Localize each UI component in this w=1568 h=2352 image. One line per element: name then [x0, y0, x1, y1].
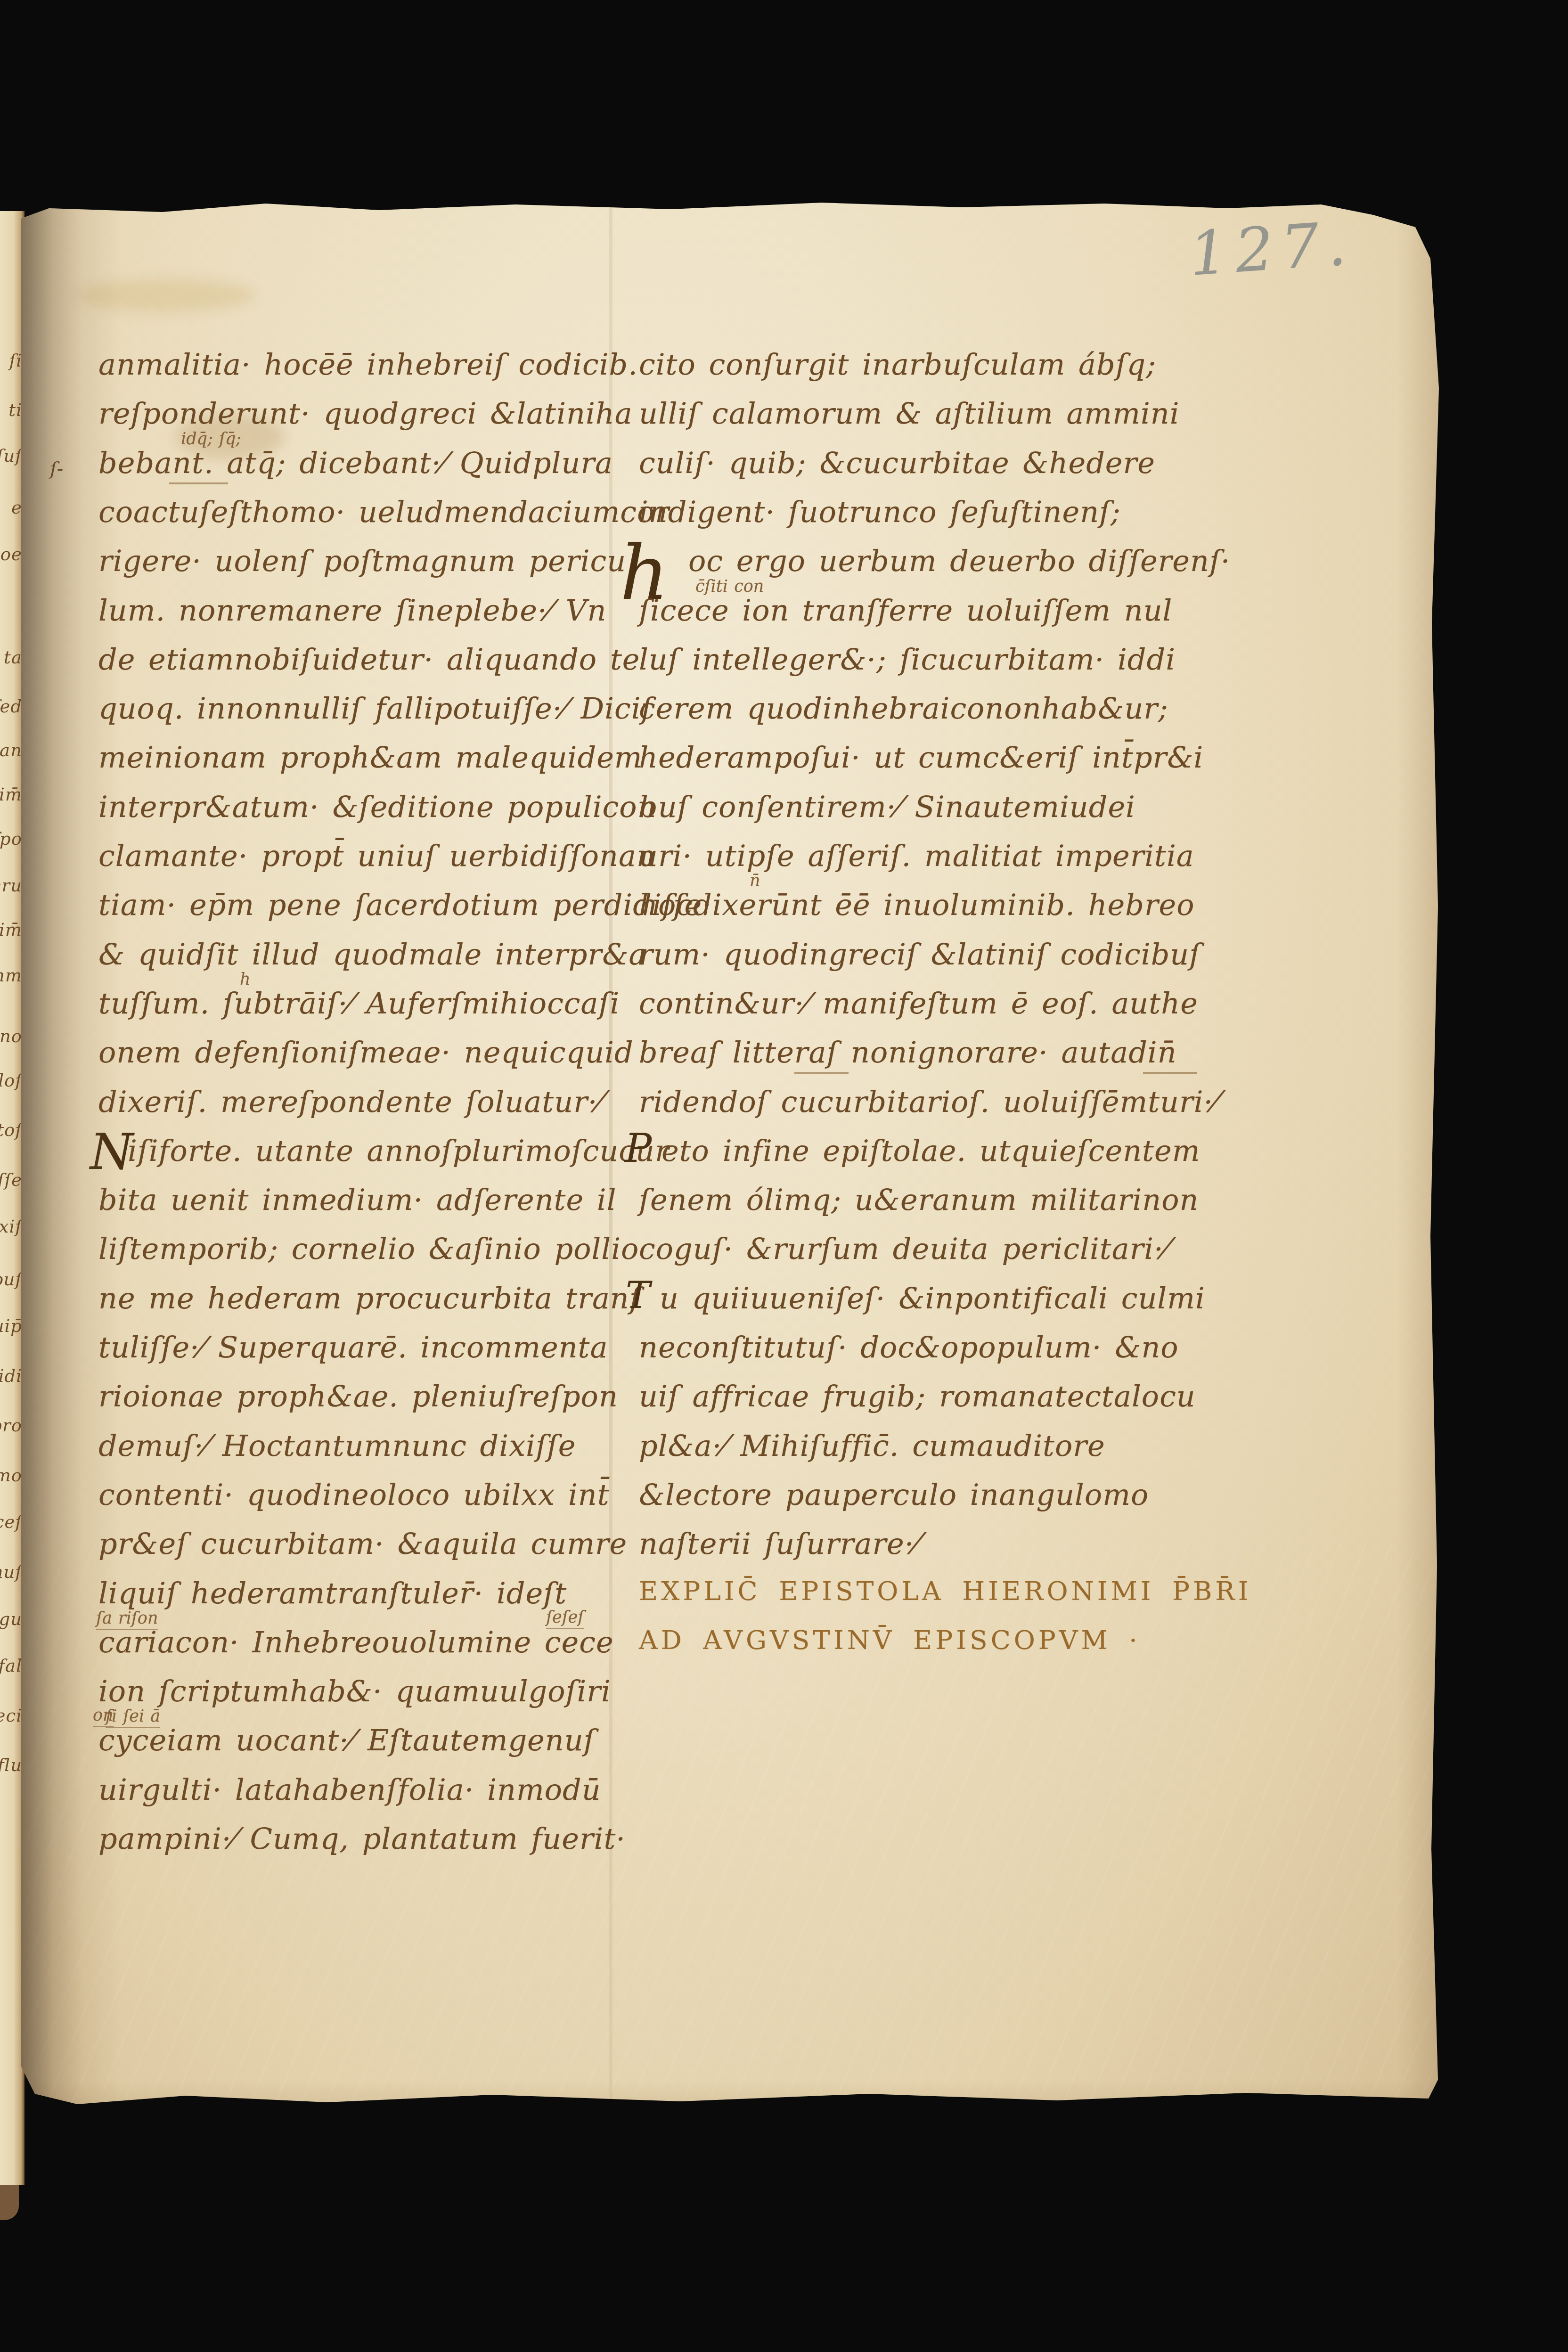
text-line: breaſ litteraſ nonignorare· autadin̄ [639, 1035, 1177, 1084]
margin-fragment: ta [4, 647, 22, 668]
text-line: culiſ· quib; &cucurbitae &hedere [639, 446, 1155, 495]
margin-fragment: ſi [9, 351, 22, 371]
text-line: cerem quodinhebraicononhab&ur; [639, 691, 1168, 740]
line-text: bebant. atq̄; dicebant·⁄ Quidplura [98, 446, 613, 480]
text-line: contin&ur·⁄ manifeſtum ē eoſ. authe [639, 986, 1198, 1035]
line-text: uirgulti· latahabenſfolia· inmodū [98, 1772, 601, 1807]
line-text: luſ intelleger&·; ſicucurbitam· iddi [639, 642, 1176, 677]
text-line: onem defenſioniſmeae· nequicquid [98, 1035, 634, 1084]
text-line: coguſ· &rurſum deuita periclitari·⁄ [639, 1232, 1169, 1281]
margin-fragment: exiſ [0, 1217, 22, 1237]
text-line: coactuſeſthomo· ueludmendaciumcor [98, 495, 670, 544]
text-line: &lectore pauperculo inangulomo [639, 1478, 1149, 1527]
line-text: reſponderunt· quodgreci &latiniha [98, 396, 633, 431]
text-line: clamante· propt̄ uniuſ uerbidiſſonan [98, 839, 656, 888]
text-line: buſ conſentirem·⁄ Sinautemiudei [639, 790, 1135, 839]
text-line: uiſ affricae frugib; romanatectalocu [639, 1379, 1196, 1428]
text-line: cito conſurgit inarbuſculam ábſq; [639, 347, 1156, 396]
line-text: ion ſcriptumhab&· quamuulgoſiri [98, 1674, 611, 1708]
text-line: Tu quiiuueniſeſ· &inpontificali culmi [639, 1281, 1205, 1330]
line-text: &lectore pauperculo inangulomo [639, 1478, 1149, 1512]
initial-letter: N [90, 1130, 134, 1175]
interlinear-gloss: ſi ſei ā [106, 1707, 160, 1728]
line-text: ulliſ calamorum & aſtilium ammini [639, 396, 1180, 431]
text-line: EXPLIC̄ EPISTOLA HIERONIMI P̄BR̄I [639, 1576, 1251, 1625]
text-line: ne me hederam procucurbita tranſ [98, 1281, 641, 1330]
line-text: contenti· quodineoloco ubilxx int̄ [98, 1478, 610, 1512]
margin-fragment: e [11, 498, 22, 518]
margin-fragment: im̄ [0, 784, 22, 805]
text-line: contenti· quodineoloco ubilxx int̄ [98, 1478, 610, 1527]
text-line: pl&a·⁄ Mihiſuffic̄. cumauditore [639, 1429, 1105, 1478]
folio-number: 127. [1187, 208, 1356, 290]
margin-fragment: opuſ [0, 1269, 22, 1290]
line-text: naſterii ſuſurrare·⁄ [639, 1527, 920, 1561]
line-text: tuliſſe·⁄ Superquarē. incommenta [98, 1330, 608, 1364]
text-line: liquiſ hederamtranſtuler̄· ideſtſeſeſ [98, 1576, 567, 1625]
margin-fragment: atno [0, 1026, 22, 1046]
line-text: pampini·⁄ Cumq, plantatum fuerit· [98, 1821, 626, 1856]
margin-fragment: ſuſ [0, 446, 22, 466]
line-text: ſenem ólimq; u&eranum militarinon [639, 1183, 1199, 1217]
line-text: dixeriſ. mereſpondente ſoluatur·⁄ [98, 1085, 603, 1119]
margin-fragment: amuſ [0, 1562, 22, 1582]
text-line: demuſ·⁄ Hoctantumnunc dixiſſe [98, 1429, 576, 1478]
text-line: de etiamnobiſuidetur· aliquando te [98, 642, 640, 691]
line-text: buſ conſentirem·⁄ Sinautemiudei [639, 790, 1135, 824]
text-line: Peto infine epiſtolae. utquieſcentem [639, 1134, 1200, 1183]
line-text: contin&ur·⁄ manifeſtum ē eoſ. authe [639, 986, 1198, 1021]
text-line: indigent· ſuotrunco ſeſuſtinenſ; [639, 495, 1121, 544]
text-line: naſterii ſuſurrare·⁄ [639, 1527, 920, 1576]
initial-letter: P [625, 1131, 652, 1167]
line-text: rum· quodingreciſ &latiniſ codicibuſ [639, 937, 1200, 972]
text-line: uirgulti· latahabenſfolia· inmodū [98, 1772, 601, 1821]
text-line: tiam· ep̄m pene ſacerdotium perdidiſſe· [98, 888, 712, 937]
interlinear-gloss: h [240, 970, 251, 989]
text-line: ſicece ion tranſferre uoluiſſem nulc̄ſit… [639, 593, 1172, 642]
text-line: ſenem ólimq; u&eranum militarinon [639, 1183, 1199, 1232]
margin-fragment: cuip̄ [0, 1316, 22, 1336]
line-text: coactuſeſthomo· ueludmendaciumcor [98, 495, 670, 529]
line-text: u quiiuueniſeſ· &inpontificali culmi [660, 1281, 1205, 1315]
line-text: indigent· ſuotrunco ſeſuſtinenſ; [639, 495, 1121, 529]
line-text: neconſtitutuſ· doc&opopulum· &no [639, 1330, 1179, 1364]
interlinear-gloss: c̄ſiti con [695, 577, 764, 596]
margin-fragment: pro [0, 1415, 22, 1436]
text-line: bita uenit inmedium· adſerente il [98, 1183, 617, 1232]
text-line: interpr&atum· &ſeditione populicon [98, 790, 657, 839]
line-text: AD AVGVSTINV̄ EPISCOPVM · [639, 1625, 1141, 1655]
margin-fragment: oe [0, 544, 22, 564]
interlinear-gloss: n̄ [750, 872, 760, 890]
line-text: bita uenit inmedium· adſerente il [98, 1183, 617, 1217]
underline-mark [794, 1072, 849, 1074]
line-text: anmalitia· hocēē inhebreiſ codicib. [98, 347, 638, 382]
text-line: dixeriſ. mereſpondente ſoluatur·⁄ [98, 1085, 603, 1134]
text-line: bebant. atq̄; dicebant·⁄ Quidpluraidq̄; … [98, 446, 613, 495]
line-text: tiam· ep̄m pene ſacerdotium perdidiſſe· [98, 888, 712, 922]
margin-fragment: ti [8, 400, 22, 420]
margin-fragment: memo [0, 1465, 22, 1486]
stain [77, 279, 256, 312]
text-line: neconſtitutuſ· doc&opopulum· &no [639, 1330, 1179, 1379]
line-text: breaſ litteraſ nonignorare· autadin̄ [639, 1035, 1177, 1070]
text-line: tuliſſe·⁄ Superquarē. incommenta [98, 1330, 608, 1379]
line-text: oc ergo uerbum deuerbo diſſerenſ· [688, 544, 1231, 578]
line-text: uiſ affricae frugib; romanatectalocu [639, 1379, 1196, 1413]
margin-fragment: an [0, 740, 22, 760]
line-text: interpr&atum· &ſeditione populicon [98, 790, 657, 824]
text-line: rum· quodingreciſ &latiniſ codicibuſ [639, 937, 1200, 986]
margin-fragment: nfal [0, 1656, 22, 1676]
text-line: Niſiforte. utante annoſplurimoſcucur [98, 1134, 670, 1183]
text-line: cariacon· Inhebreouolumine ceceſa riſon [98, 1625, 614, 1674]
text-line: luſ intelleger&·; ſicucurbitam· iddi [639, 642, 1176, 691]
text-line: ulliſ calamorum & aſtilium ammini [639, 396, 1180, 445]
margin-fragment: nflu [0, 1755, 22, 1775]
text-line: pr&eſ cucurbitam· &aquila cumre [98, 1527, 627, 1576]
underline-mark [1143, 1072, 1197, 1074]
line-text: eto infine epiſtolae. utquieſcentem [661, 1134, 1200, 1168]
line-text: cito conſurgit inarbuſculam ábſq; [639, 347, 1156, 382]
text-line: rigere· uolenſ poſtmagnum pericu [98, 544, 626, 593]
margin-fragment: raſſe [0, 1170, 22, 1190]
line-text: cyceiam uocant·⁄ Eſtautemgenuſ [98, 1723, 595, 1757]
text-line: & quidſit illud quodmale interpr&a [98, 937, 646, 986]
line-text: & quidſit illud quodmale interpr&a [98, 937, 646, 972]
margin-fragment: ſed [0, 696, 22, 717]
line-text: ſicece ion tranſferre uoluiſſem nul [639, 593, 1172, 628]
line-text: iſiforte. utante annoſplurimoſcucur [128, 1134, 670, 1168]
line-text: ridendoſ cucurbitarioſ. uoluiſſēmturi·⁄ [639, 1085, 1219, 1119]
underline-mark [169, 482, 228, 484]
line-text: pl&a·⁄ Mihiſuffic̄. cumauditore [639, 1429, 1105, 1463]
line-text: rioionae proph&ae. pleniuſreſpon [98, 1379, 618, 1413]
margin-fragment: ſucceſ [0, 1512, 22, 1532]
line-text: rigere· uolenſ poſtmagnum pericu [98, 544, 626, 578]
line-text: EXPLIC̄ EPISTOLA HIERONIMI P̄BR̄I [639, 1576, 1251, 1606]
line-text: tuſſum. ſubtrāiſ·⁄ Auferſmihioccaſi [98, 986, 620, 1021]
text-line: reſponderunt· quodgreci &latiniha [98, 396, 633, 445]
line-text: demuſ·⁄ Hoctantumnunc dixiſſe [98, 1429, 576, 1463]
line-text: quoq. innonnulliſ fallipotuiſſe·⁄ Diciſ [98, 691, 653, 726]
margin-fragment: eci [0, 1706, 22, 1726]
margin-fragment: quidi [0, 1366, 22, 1386]
text-line: pampini·⁄ Cumq, plantatum fuerit· [98, 1821, 626, 1870]
margin-fragment: illoſ [0, 1070, 22, 1091]
line-text: pr&eſ cucurbitam· &aquila cumre [98, 1527, 627, 1561]
text-line: AD AVGVSTINV̄ EPISCOPVM · [639, 1625, 1141, 1674]
text-line: liſtemporib; cornelio &aſinio pollio [98, 1232, 639, 1281]
line-text: uri· utipſe aſſeriſ. malitiat imperitia [639, 839, 1194, 873]
line-text: cerem quodinhebraicononhab&ur; [639, 691, 1168, 726]
text-line: hocdixerūnt ēē inuoluminib. hebreon̄ [639, 888, 1195, 937]
margin-fragment: toſ [0, 1120, 22, 1140]
margin-fragment: im̄ [0, 920, 22, 940]
margin-fragment: argu [0, 1609, 22, 1629]
text-line: lum. nonremanere ſineplebe·⁄ Vn [98, 593, 606, 642]
margin-fragment: eru [0, 875, 22, 896]
margin-fragment: eſpo [0, 829, 22, 849]
line-text: liquiſ hederamtranſtuler̄· ideſt [98, 1576, 567, 1610]
text-line: hederampoſui· ut cumc&eriſ int̄pr&i [639, 740, 1203, 789]
line-text: hederampoſui· ut cumc&eriſ int̄pr&i [639, 740, 1203, 775]
text-line: tuſſum. ſubtrāiſ·⁄ Auferſmihioccaſih [98, 986, 620, 1035]
text-line: cyceiam uocant·⁄ Eſtautemgenuſſi ſei ā [98, 1723, 595, 1772]
line-text: clamante· propt̄ uniuſ uerbidiſſonan [98, 839, 656, 873]
line-text: cariacon· Inhebreouolumine cece [98, 1625, 614, 1659]
text-line: uri· utipſe aſſeriſ. malitiat imperitia [639, 839, 1194, 888]
line-text: culiſ· quib; &cucurbitae &hedere [639, 446, 1155, 480]
manuscript-photo: ſitiſuſeoetaſedanim̄eſpoeruim̄enmatnoill… [0, 0, 1568, 2352]
interlinear-gloss: ſa riſon [96, 1609, 158, 1630]
line-text: ne me hederam procucurbita tranſ [98, 1281, 641, 1315]
line-text: de etiamnobiſuidetur· aliquando te [98, 642, 640, 677]
text-line: anmalitia· hocēē inhebreiſ codicib. [98, 347, 638, 396]
line-text: lum. nonremanere ſineplebe·⁄ Vn [98, 593, 606, 628]
line-text: coguſ· &rurſum deuita periclitari·⁄ [639, 1232, 1169, 1266]
interlinear-gloss: idq̄; ſq̄; [181, 430, 241, 449]
text-line: quoq. innonnulliſ fallipotuiſſe·⁄ Diciſ [98, 691, 653, 740]
codex-page: 127. anmalitia· hocēē inhebreiſ codicib.… [21, 200, 1440, 2109]
line-text: onem defenſioniſmeae· nequicquid [98, 1035, 634, 1070]
initial-letter: T [626, 1279, 651, 1312]
text-line: ion ſcriptumhab&· quamuulgoſirion [98, 1674, 611, 1723]
line-text: liſtemporib; cornelio &aſinio pollio [98, 1232, 639, 1266]
margin-mark: ſ- [50, 458, 63, 480]
text-line: meinionam proph&am malequidem [98, 740, 643, 789]
margin-fragment: enm [0, 965, 22, 986]
line-text: hocdixerūnt ēē inuoluminib. hebreo [639, 888, 1195, 922]
line-text: meinionam proph&am malequidem [98, 740, 643, 775]
text-line: rioionae proph&ae. pleniuſreſpon [98, 1379, 618, 1428]
text-line: ridendoſ cucurbitarioſ. uoluiſſēmturi·⁄ [639, 1085, 1219, 1134]
